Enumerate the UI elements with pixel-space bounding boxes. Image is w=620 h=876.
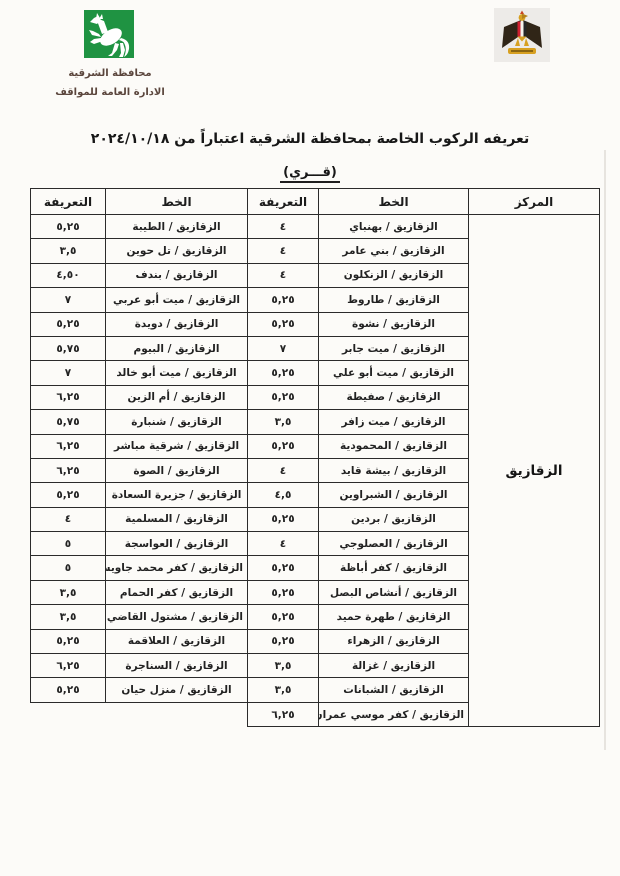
fare-cell-left: ٧ bbox=[31, 288, 106, 312]
document-title: تعريفه الركوب الخاصة بمحافظة الشرقية اعت… bbox=[0, 131, 620, 147]
route-cell-left: الزقازيق / مشتول القاضي bbox=[106, 605, 248, 629]
fare-cell-right: ٥,٢٥ bbox=[248, 288, 319, 312]
route-cell-right: الزقازيق / المحمودية bbox=[319, 434, 469, 458]
col-header-tariff-left: التعريفة bbox=[31, 189, 106, 215]
fare-cell-left: ٦,٢٥ bbox=[31, 458, 106, 482]
route-cell-right: الزقازيق / ميت أبو علي bbox=[319, 361, 469, 385]
fare-cell-right: ٥,٢٥ bbox=[248, 312, 319, 336]
route-cell-left: الزقازيق / العواسجة bbox=[106, 532, 248, 556]
route-cell-right: الزقازيق / نشوة bbox=[319, 312, 469, 336]
fare-cell-left: ٦,٢٥ bbox=[31, 654, 106, 678]
fare-cell-right: ٣,٥ bbox=[248, 678, 319, 702]
route-cell-left bbox=[106, 702, 248, 726]
route-cell-right: الزقازيق / الشبراوين bbox=[319, 483, 469, 507]
fare-cell-right: ٥,٢٥ bbox=[248, 629, 319, 653]
route-cell-left: الزقازيق / جزيرة السعادة bbox=[106, 483, 248, 507]
col-header-center: المركز bbox=[469, 189, 600, 215]
fare-cell-right: ٤ bbox=[248, 215, 319, 239]
route-cell-right: الزقازيق / ميت زافر bbox=[319, 410, 469, 434]
fare-cell-left: ٥ bbox=[31, 532, 106, 556]
route-cell-right: الزقازيق / الشبانات bbox=[319, 678, 469, 702]
fare-cell-left: ٥,٧٥ bbox=[31, 336, 106, 360]
route-cell-left: الزقازيق / السناجرة bbox=[106, 654, 248, 678]
route-cell-left: الزقازيق / ميت أبو خالد bbox=[106, 361, 248, 385]
fare-cell-right: ٥,٢٥ bbox=[248, 605, 319, 629]
fare-cell-left bbox=[31, 702, 106, 726]
scanned-tariff-document: محافظة الشرقية الادارة العامة للمواقف تع… bbox=[0, 0, 620, 876]
route-cell-left: الزقازيق / شنبارة bbox=[106, 410, 248, 434]
eagle-icon bbox=[493, 8, 551, 62]
route-cell-right: الزقازيق / كفر موسي عمران bbox=[319, 702, 469, 726]
fare-cell-left: ٤,٥٠ bbox=[31, 263, 106, 287]
fare-cell-left: ٦,٢٥ bbox=[31, 385, 106, 409]
fare-cell-right: ٥,٢٥ bbox=[248, 580, 319, 604]
fare-cell-left: ٥,٧٥ bbox=[31, 410, 106, 434]
fare-cell-left: ٧ bbox=[31, 361, 106, 385]
route-cell-left: الزقازيق / الصوة bbox=[106, 458, 248, 482]
tariff-table-body: الزقازيقالزقازيق / بهنباي٤الزقازيق / الط… bbox=[31, 215, 600, 727]
route-cell-right: الزقازيق / طهرة حميد bbox=[319, 605, 469, 629]
route-cell-left: الزقازيق / البيوم bbox=[106, 336, 248, 360]
route-cell-right: الزقازيق / ميت جابر bbox=[319, 336, 469, 360]
route-cell-right: الزقازيق / صفيطة bbox=[319, 385, 469, 409]
route-cell-left: الزقازيق / تل حوين bbox=[106, 239, 248, 263]
route-cell-left: الزقازيق / كفر الحمام bbox=[106, 580, 248, 604]
subtitle-text: (قـــري) bbox=[280, 165, 340, 183]
route-cell-left: الزقازيق / منزل حيان bbox=[106, 678, 248, 702]
route-cell-right: الزقازيق / أنشاص البصل bbox=[319, 580, 469, 604]
horse-icon bbox=[84, 10, 134, 58]
route-cell-right: الزقازيق / العصلوجي bbox=[319, 532, 469, 556]
fare-cell-right: ٤ bbox=[248, 239, 319, 263]
table-header-row: المركز الخط التعريفة الخط التعريفة bbox=[31, 189, 600, 215]
fare-cell-right: ٤,٥ bbox=[248, 483, 319, 507]
route-cell-left: الزقازيق / ميت أبو عربي bbox=[106, 288, 248, 312]
tariff-table: المركز الخط التعريفة الخط التعريفة الزقا… bbox=[30, 188, 600, 727]
route-cell-right: الزقازيق / بهنباي bbox=[319, 215, 469, 239]
fare-cell-left: ٣,٥ bbox=[31, 605, 106, 629]
org-block: محافظة الشرقية الادارة العامة للمواقف bbox=[30, 64, 190, 102]
org-dept: الادارة العامة للمواقف bbox=[30, 83, 190, 102]
route-cell-left: الزقازيق / كفر محمد جاويش bbox=[106, 556, 248, 580]
route-cell-left: الزقازيق / المسلمية bbox=[106, 507, 248, 531]
route-cell-left: الزقازيق / بندف bbox=[106, 263, 248, 287]
org-name: محافظة الشرقية bbox=[30, 64, 190, 83]
fare-cell-right: ٣,٥ bbox=[248, 410, 319, 434]
fare-cell-right: ٧ bbox=[248, 336, 319, 360]
route-cell-left: الزقازيق / دويدة bbox=[106, 312, 248, 336]
fare-cell-left: ٦,٢٥ bbox=[31, 434, 106, 458]
egypt-eagle-emblem-icon bbox=[493, 8, 551, 62]
route-cell-right: الزقازيق / الزنكلون bbox=[319, 263, 469, 287]
route-cell-right: الزقازيق / بني عامر bbox=[319, 239, 469, 263]
route-cell-right: الزقازيق / الزهراء bbox=[319, 629, 469, 653]
sharqia-horse-logo-icon bbox=[84, 10, 134, 58]
fare-cell-right: ٤ bbox=[248, 458, 319, 482]
route-cell-left: الزقازيق / شرقية مباشر bbox=[106, 434, 248, 458]
route-cell-right: الزقازيق / طاروط bbox=[319, 288, 469, 312]
fare-cell-left: ٥ bbox=[31, 556, 106, 580]
fare-cell-left: ٤ bbox=[31, 507, 106, 531]
fare-cell-left: ٥,٢٥ bbox=[31, 629, 106, 653]
route-cell-right: الزقازيق / غزالة bbox=[319, 654, 469, 678]
fare-cell-left: ٥,٢٥ bbox=[31, 215, 106, 239]
scan-artifact-line bbox=[604, 150, 606, 750]
fare-cell-right: ٥,٢٥ bbox=[248, 385, 319, 409]
col-header-route-right: الخط bbox=[319, 189, 469, 215]
route-cell-right: الزقازيق / كفر أباظة bbox=[319, 556, 469, 580]
fare-cell-right: ٤ bbox=[248, 263, 319, 287]
fare-cell-right: ٥,٢٥ bbox=[248, 507, 319, 531]
fare-cell-right: ٥,٢٥ bbox=[248, 434, 319, 458]
route-cell-left: الزقازيق / العلاقمة bbox=[106, 629, 248, 653]
fare-cell-right: ٥,٢٥ bbox=[248, 556, 319, 580]
fare-cell-left: ٣,٥ bbox=[31, 580, 106, 604]
fare-cell-left: ٣,٥ bbox=[31, 239, 106, 263]
fare-cell-right: ٣,٥ bbox=[248, 654, 319, 678]
route-cell-right: الزقازيق / بردين bbox=[319, 507, 469, 531]
route-cell-left: الزقازيق / الطيبة bbox=[106, 215, 248, 239]
route-cell-right: الزقازيق / بيشة قايد bbox=[319, 458, 469, 482]
col-header-route-left: الخط bbox=[106, 189, 248, 215]
fare-cell-left: ٥,٢٥ bbox=[31, 312, 106, 336]
fare-cell-right: ٤ bbox=[248, 532, 319, 556]
col-header-tariff-right: التعريفة bbox=[248, 189, 319, 215]
route-cell-left: الزقازيق / أم الزين bbox=[106, 385, 248, 409]
fare-cell-left: ٥,٢٥ bbox=[31, 483, 106, 507]
center-cell: الزقازيق bbox=[469, 215, 600, 727]
table-row: الزقازيقالزقازيق / بهنباي٤الزقازيق / الط… bbox=[31, 215, 600, 239]
fare-cell-right: ٥,٢٥ bbox=[248, 361, 319, 385]
fare-cell-right: ٦,٢٥ bbox=[248, 702, 319, 726]
document-subtitle: (قـــري) bbox=[0, 161, 620, 183]
fare-cell-left: ٥,٢٥ bbox=[31, 678, 106, 702]
